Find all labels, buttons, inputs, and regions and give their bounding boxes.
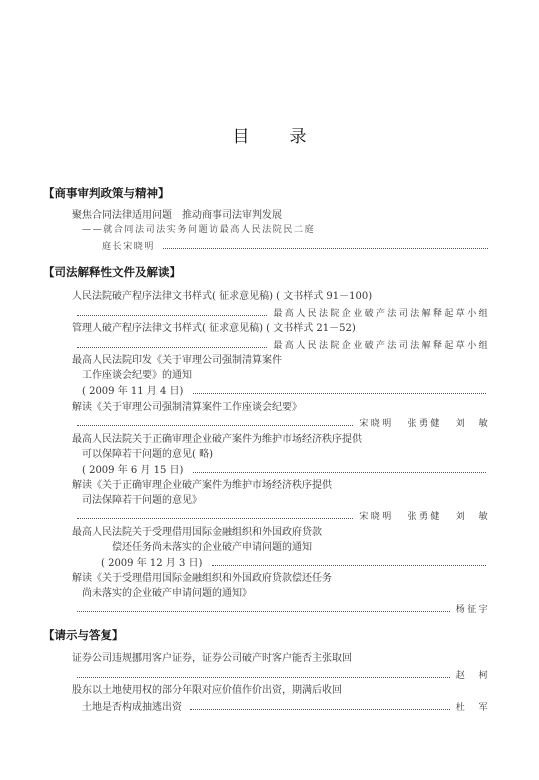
toc-entry-title-cont: 偿还任务尚未落实的企业破产申请问题的通知: [112, 541, 312, 554]
section-heading: 【请示与答复】: [43, 627, 124, 643]
toc-entry-leader: 最高人民法院企业破产法司法解释起草小组: [77, 338, 490, 351]
toc-entry-title[interactable]: 最高人民法院印发《关于审理公司强制清算案件: [72, 354, 282, 367]
toc-entry-date: ( 2009 年 6 月 15 日): [82, 461, 183, 476]
page-title: 目录: [0, 122, 539, 147]
toc-entry-author: 最高人民法院企业破产法司法解释起草小组: [273, 338, 490, 351]
dot-leader: [77, 417, 353, 426]
toc-entry-title-cont: 司法保障若干问题的意见》: [82, 494, 202, 507]
toc-entry-title-cont: 尚未落实的企业破产申请问题的通知》: [82, 587, 252, 600]
toc-entry-author: 最高人民法院企业破产法司法解释起草小组: [273, 306, 490, 319]
toc-entry-subtitle-cont: 庭长宋晓明: [102, 239, 155, 252]
toc-entry-title[interactable]: 聚焦合同法律适用问题 推动商事司法审判发展: [72, 209, 282, 222]
toc-entry-title[interactable]: 解读《关于受理借用国际金融组织和外国政府贷款偿还任务: [72, 572, 332, 585]
toc-entry-title[interactable]: 最高人民法院关于受理借用国际金融组织和外国政府贷款: [72, 526, 322, 539]
toc-entry-leader: 宋晓明张勇健刘 敏: [77, 509, 490, 522]
toc-entry-date: ( 2009 年 12 月 3 日): [101, 554, 202, 569]
toc-entry-author: 杜 军: [456, 700, 490, 713]
toc-entry-leader: ( 2009 年 6 月 15 日): [82, 463, 486, 476]
toc-entry-leader: 赵 柯: [77, 668, 490, 681]
toc-entry-title[interactable]: 股东以土地使用权的部分年限对应价值作价出资，期满后收回: [72, 684, 342, 697]
dot-leader: [77, 603, 450, 612]
dot-leader: [77, 510, 353, 519]
toc-entry-leader: 最高人民法院企业破产法司法解释起草小组: [77, 306, 490, 319]
toc-entry-title-cont: 可以保障若干问题的意见( 略): [82, 448, 213, 461]
dot-leader: [212, 557, 486, 566]
dot-leader: [77, 307, 267, 316]
toc-entry-leader: 庭长宋晓明: [102, 239, 488, 252]
toc-entry-author: 宋晓明张勇健刘 敏: [359, 416, 490, 429]
toc-entry-leader: ( 2009 年 11 月 4 日): [82, 384, 486, 397]
section-heading: 【商事审判政策与精神】: [43, 185, 170, 201]
toc-entry-leader: 杨征宇: [77, 602, 490, 615]
toc-entry-title[interactable]: 最高人民法院关于正确审理企业破产案件为维护市场经济秩序提供: [72, 433, 362, 446]
dot-leader: [193, 464, 486, 473]
toc-entry-title[interactable]: 解读《关于审理公司强制清算案件工作座谈会纪要》: [72, 401, 302, 414]
toc-entry-title-cont: 工作座谈会纪要》的通知: [82, 369, 192, 382]
toc-entry-title[interactable]: 人民法院破产程序法律文书样式( 征求意见稿) ( 文书样式 91－100): [72, 290, 372, 303]
dot-leader: [163, 240, 488, 249]
toc-entry-title[interactable]: 管理人破产程序法律文书样式( 征求意见稿) ( 文书样式 21－52): [72, 322, 356, 335]
title-char-1: 目: [233, 122, 250, 147]
section-heading: 【司法解释性文件及解读】: [43, 264, 181, 280]
dot-leader: [77, 339, 267, 348]
toc-entry-leader: ( 2009 年 12 月 3 日): [101, 556, 486, 569]
title-char-2: 录: [290, 122, 307, 147]
dot-leader: [77, 669, 450, 678]
toc-entry-author: 杨征宇: [456, 602, 490, 615]
dot-leader: [193, 385, 486, 394]
toc-entry-author: 宋晓明张勇健刘 敏: [359, 509, 490, 522]
toc-entry-subtitle: ——就合同法司法实务问题访最高人民法院民二庭: [82, 224, 315, 237]
toc-entry-author: 赵 柯: [456, 668, 490, 681]
toc-entry-title[interactable]: 解读《关于正确审理企业破产案件为维护市场经济秩序提供: [72, 479, 332, 492]
toc-entry-leader: 土地是否构成抽逃出资 杜 军: [82, 700, 490, 713]
toc-entry-leader: 宋晓明张勇健刘 敏: [77, 416, 490, 429]
dot-leader: [190, 701, 450, 710]
toc-entry-title[interactable]: 证券公司违规挪用客户证券，证券公司破产时客户能否主张取回: [72, 652, 352, 665]
toc-entry-title-cont: 土地是否构成抽逃出资: [82, 698, 182, 713]
toc-entry-date: ( 2009 年 11 月 4 日): [82, 382, 183, 397]
